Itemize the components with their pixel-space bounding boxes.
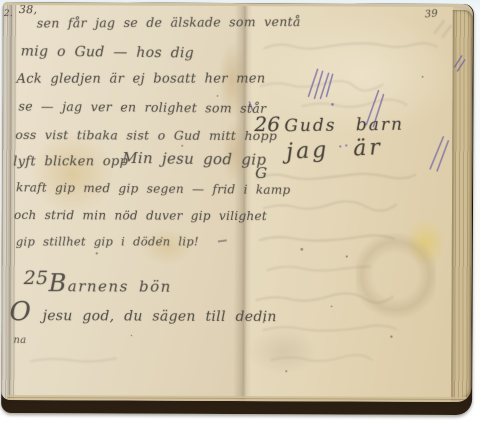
handwritten-line: och strid min nöd duver gip vilighet <box>14 208 267 223</box>
open-pages: 2. 38, sen får jag se de älskade som ven… <box>1 2 473 402</box>
margin-letter: G <box>255 164 267 182</box>
scanned-notebook-photo: { "image_type": "photograph of an open h… <box>0 0 480 424</box>
right-title-line2: jag är <box>286 135 384 165</box>
handwritten-line: se — jag ver en rolighet som står <box>18 98 266 115</box>
prayer-line: O jesu god, du sägen till dedin <box>9 297 276 328</box>
handwritten-line: kraft gip med gip segen — frid i kamp <box>16 180 291 197</box>
handwritten-line: gip stillhet gip i döden lip! <box>16 234 199 248</box>
notebook: 2. 38, sen får jag se de älskade som ven… <box>1 2 474 415</box>
page-gutter <box>233 6 253 401</box>
right-page <box>241 6 453 402</box>
handwritten-line: Min jesu god gip <box>122 149 266 169</box>
handwritten-line: oss vist tibaka sist o Gud mitt hopp <box>15 127 277 143</box>
handwritten-line: Ack gledjen är ej bosatt her men <box>17 71 266 86</box>
prayer-continuation: na <box>13 335 26 346</box>
handwritten-line: lyft blicken opp <box>13 154 128 169</box>
right-title-line1: Guds barn <box>284 115 404 137</box>
handwritten-line: mig o Gud — hos dig <box>21 43 194 61</box>
right-page-stack-edge <box>451 10 473 401</box>
left-page-number: 38, <box>19 3 37 16</box>
right-section-number: 26 <box>254 112 280 136</box>
section-title: Barnens bön <box>49 269 172 298</box>
left-corner-mark: 2. <box>4 9 13 19</box>
handwritten-line: sen får jag se de älskade som ventå <box>37 14 301 31</box>
left-page <box>15 5 243 401</box>
section-number: 25 <box>24 267 49 289</box>
right-page-number: 39 <box>424 8 438 20</box>
